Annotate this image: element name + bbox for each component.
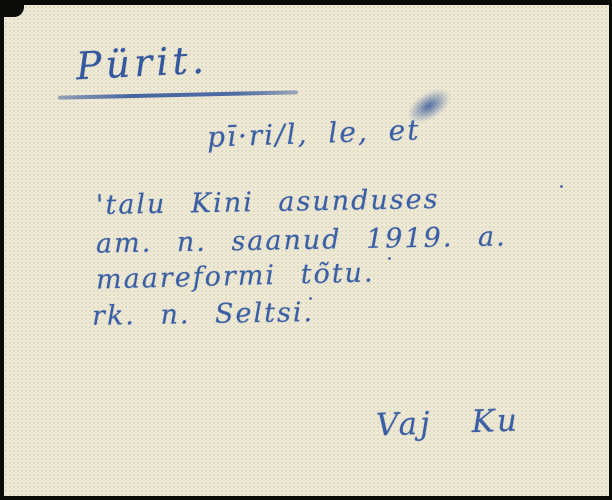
scan-corner-artifact [4,5,24,17]
pronunciation-line: pī·ri/l, le, et [206,113,420,153]
body-line-4: rk. n. Seltsi. [92,297,315,332]
index-card: Pürit. pī·ri/l, le, et 'talu Kini asundu… [4,5,609,496]
stray-ink-dot [560,185,563,188]
title-underline-stroke [58,90,298,99]
scan-background: Pürit. pī·ri/l, le, et 'talu Kini asundu… [0,0,612,500]
card-title: Pürit. [75,38,209,89]
body-line-3: maareformi tõtu. [96,257,375,295]
body-line-1: 'talu Kini asunduses [96,184,440,221]
stray-ink-dot [309,297,312,300]
stray-ink-dot [388,257,391,260]
collector-signature: Vaj Ku [375,402,520,443]
body-line-2: am. n. saanud 1919. a. [96,221,507,259]
